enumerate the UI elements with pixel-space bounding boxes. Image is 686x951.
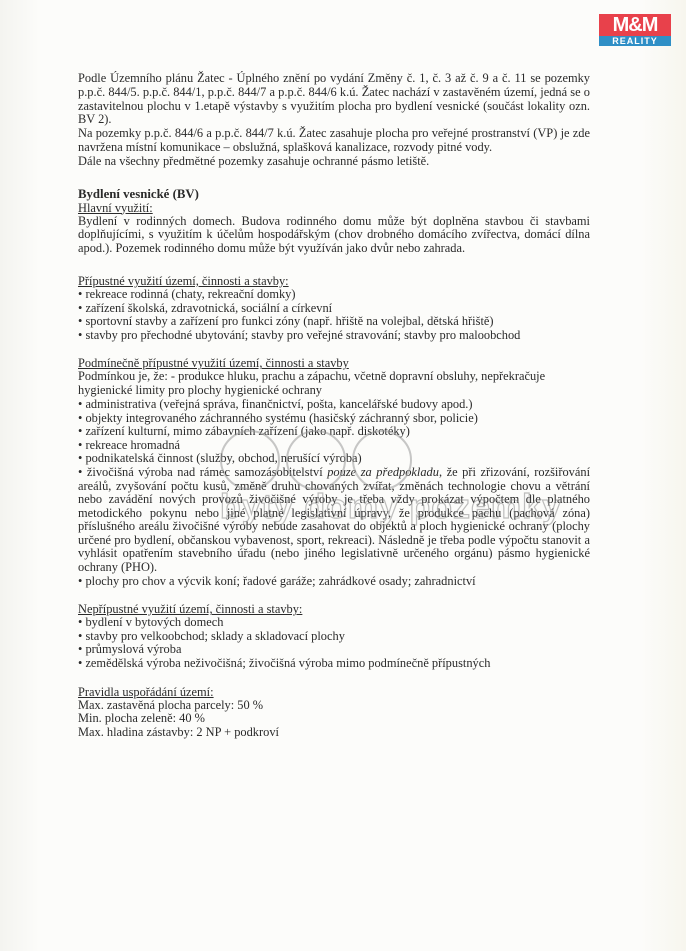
livestock-text-pre: živočišná výroba nad rámec samozásobitel… bbox=[87, 465, 327, 479]
mm-reality-logo: M&M REALITY bbox=[599, 14, 671, 46]
main-use-text: Bydlení v rodinných domech. Budova rodin… bbox=[78, 215, 590, 256]
list-item: rekreace hromadná bbox=[78, 439, 590, 453]
conditional-list: administrativa (veřejná správa, finančni… bbox=[78, 398, 590, 588]
intro-paragraph-1: Podle Územního plánu Žatec - Úplného zně… bbox=[78, 72, 590, 127]
list-item: zařízení školská, zdravotnická, sociální… bbox=[78, 302, 590, 316]
list-item: průmyslová výroba bbox=[78, 643, 590, 657]
conditional-condition: Podmínkou je, že: - produkce hluku, prac… bbox=[78, 370, 590, 398]
list-item: sportovní stavby a zařízení pro funkci z… bbox=[78, 315, 590, 329]
rules-heading: Pravidla uspořádání území: bbox=[78, 685, 590, 699]
permitted-heading: Přípustné využití území, činnosti a stav… bbox=[78, 274, 590, 288]
document-page: M&M REALITY Podle Územního plánu Žatec -… bbox=[0, 0, 686, 951]
list-item: stavby pro velkoobchod; sklady a skladov… bbox=[78, 630, 590, 644]
permitted-list: rekreace rodinná (chaty, rekreační domky… bbox=[78, 288, 590, 342]
list-item: zemědělská výroba neživočišná; živočišná… bbox=[78, 657, 590, 671]
section-title: Bydlení vesnické (BV) bbox=[78, 187, 590, 201]
intro-paragraph-3: Dále na všechny předmětné pozemky zasahu… bbox=[78, 155, 590, 169]
list-item: stavby pro přechodné ubytování; stavby p… bbox=[78, 329, 590, 343]
list-item: objekty integrovaného záchranného systém… bbox=[78, 412, 590, 426]
logo-bottom-text: REALITY bbox=[599, 36, 671, 46]
prohibited-heading: Nepřípustné využití území, činnosti a st… bbox=[78, 602, 590, 616]
list-item: plochy pro chov a výcvik koní; řadové ga… bbox=[78, 575, 590, 589]
livestock-text-emphasis: pouze za předpokladu bbox=[327, 465, 439, 479]
list-item: podnikatelská činnost (služby, obchod, n… bbox=[78, 452, 590, 466]
list-item: zařízení kulturní, mimo zábavních zaříze… bbox=[78, 425, 590, 439]
list-item: bydlení v bytových domech bbox=[78, 616, 590, 630]
prohibited-list: bydlení v bytových domech stavby pro vel… bbox=[78, 616, 590, 670]
logo-top-text: M&M bbox=[599, 14, 671, 36]
list-item: rekreace rodinná (chaty, rekreační domky… bbox=[78, 288, 590, 302]
list-item: administrativa (veřejná správa, finančni… bbox=[78, 398, 590, 412]
main-use-heading: Hlavní využití: bbox=[78, 201, 590, 215]
intro-paragraph-2: Na pozemky p.p.č. 844/6 a p.p.č. 844/7 k… bbox=[78, 127, 590, 155]
livestock-text-post: , že při zřizování, rozšiřování areálů, … bbox=[78, 465, 590, 574]
document-body: Podle Územního plánu Žatec - Úplného zně… bbox=[78, 72, 590, 740]
rule-line: Max. zastavěná plocha parcely: 50 % bbox=[78, 699, 590, 713]
rule-line: Max. hladina zástavby: 2 NP + podkroví bbox=[78, 726, 590, 740]
rule-line: Min. plocha zeleně: 40 % bbox=[78, 712, 590, 726]
conditional-heading: Podmínečně přípustné využití území, činn… bbox=[78, 356, 590, 370]
list-item-livestock: živočišná výroba nad rámec samozásobitel… bbox=[78, 466, 590, 575]
